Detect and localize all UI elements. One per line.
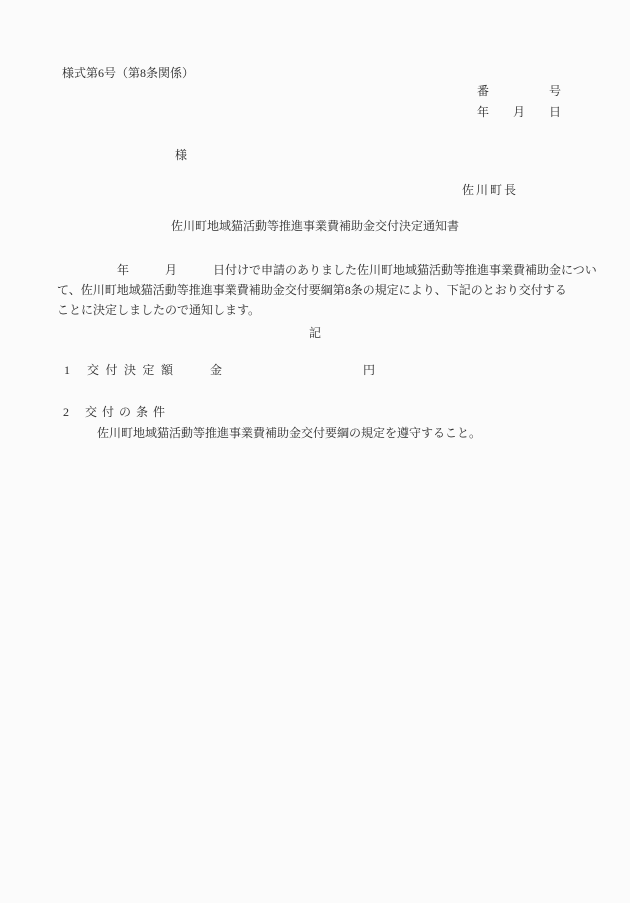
item-1-amount-prefix: 金 (210, 363, 222, 378)
item-2-detail: 佐川町地域猫活動等推進事業費補助金交付要綱の規定を遵守すること。 (97, 426, 481, 441)
document-sheet: 様式第6号（第8条関係） 番 号 年 月 日 様 佐川町長 佐川町地域猫活動等推… (0, 0, 630, 903)
body-line-3: ことに決定しましたので通知します。 (57, 303, 260, 318)
body-line-2: て、佐川町地域猫活動等推進事業費補助金交付要綱第8条の規定により、下記のとおり交… (57, 283, 567, 298)
sender-title: 佐川町長 (462, 183, 518, 198)
document-title: 佐川町地域猫活動等推進事業費補助金交付決定通知書 (0, 219, 630, 234)
item-2-label: 交付の条件 (85, 405, 170, 420)
item-1-label: 交付決定額 (87, 363, 180, 378)
item-1-number: 1 (64, 363, 70, 378)
item-1-amount-suffix: 円 (363, 363, 375, 378)
document-date-line: 年 月 日 (477, 105, 561, 120)
recipient-honorific: 様 (175, 148, 187, 163)
body-line-1: 年 月 日付けで申請のありました佐川町地域猫活動等推進事業費補助金につい (57, 263, 597, 278)
item-2-number: 2 (63, 405, 69, 420)
ki-marker: 記 (0, 326, 630, 341)
form-number: 様式第6号（第8条関係） (62, 66, 194, 81)
document-number-line: 番 号 (477, 84, 561, 99)
